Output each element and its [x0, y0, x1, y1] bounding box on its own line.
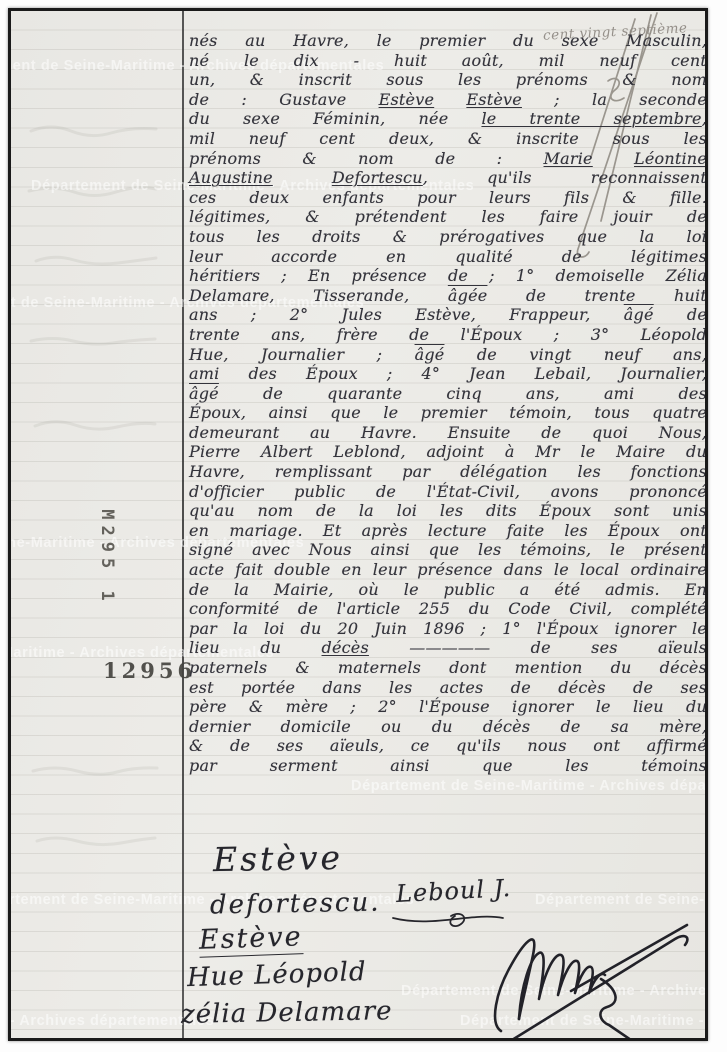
act-line: héritiers ; En présence de ; 1° demoisel…	[189, 266, 707, 286]
act-line: acte fait double en leur présence dans l…	[189, 560, 707, 580]
act-line: conformité de l'article 255 du Code Civi…	[189, 599, 707, 619]
act-line: né le dix - huit août, mil neuf cent	[189, 51, 707, 71]
signature-groom: Estève	[213, 838, 344, 879]
act-line: en mariage. Et après lecture faite les É…	[189, 521, 707, 541]
act-line: paternels & maternels dont mention du dé…	[189, 658, 707, 678]
signature-witness-delamare: zélia Delamare	[181, 996, 393, 1030]
signature-witness-leboul: Leboul J.	[395, 874, 511, 908]
act-line: d'officier public de l'État-Civil, avons…	[189, 482, 707, 502]
signature-bride: defortescu.	[210, 888, 381, 921]
margin-rule	[182, 11, 184, 1038]
archive-watermark: Département de Seine-Maritime - Archives…	[351, 778, 708, 794]
act-line: père & mère ; 2° l'Épouse ignorer le lie…	[189, 697, 707, 717]
act-line: lieu du décès ————— de ses aïeuls	[189, 638, 707, 658]
act-line: Pierre Albert Leblond, adjoint à Mr le M…	[189, 442, 707, 462]
act-line: dernier domicile ou du décès de sa mère,	[189, 717, 707, 737]
act-line: Delamare, Tisserande, âgée de trente hui…	[189, 286, 707, 306]
act-line: un, & inscrit sous les prénoms & nom	[189, 70, 707, 90]
act-line: du sexe Féminin, née le trente septembre…	[189, 109, 707, 129]
act-text: nés au Havre, le premier du sexe Masculi…	[189, 31, 707, 776]
act-line: par la loi du 20 Juin 1896 ; 1° l'Époux …	[189, 619, 707, 639]
act-line: nés au Havre, le premier du sexe Masculi…	[189, 31, 707, 51]
act-line: ces deux enfants pour leurs fils & fille…	[189, 188, 707, 208]
act-line: est portée dans les actes de décès de se…	[189, 678, 707, 698]
act-line: par serment ainsi que les témoins	[189, 756, 707, 776]
act-line: qu'au nom de la loi les dits Époux sont …	[189, 501, 707, 521]
act-line: prénoms & nom de : Marie Léontine	[189, 149, 707, 169]
archive-watermark: Département de Seine-Maritime - Archives…	[401, 983, 708, 999]
archive-box-stamp: M295 1	[91, 483, 117, 633]
act-line: ami des Époux ; 4° Jean Lebail, Journali…	[189, 364, 707, 384]
act-line: Havre, remplissant par délégation les fo…	[189, 462, 707, 482]
act-line: de : Gustave Estève Estève ; la seconde	[189, 90, 707, 110]
act-line: de la Mairie, où le public a été admis. …	[189, 580, 707, 600]
act-line: trente ans, frère de l'Époux ; 3° Léopol…	[189, 325, 707, 345]
archive-watermark: Département de Seine-Maritime - Archives…	[460, 1013, 708, 1029]
act-line: tous les droits & prérogatives que la lo…	[189, 227, 707, 247]
signature-witness-esteve: Estève	[198, 921, 303, 958]
scanned-document-screenshot: Département de Seine-Maritime - Archives…	[0, 0, 727, 1052]
act-line: & de ses aïeuls, ce qu'ils nous ont affi…	[189, 736, 707, 756]
act-line: signé avec Nous ainsi que les témoins, l…	[189, 540, 707, 560]
archive-watermark: Département de Seine-Maritime - Archives…	[535, 892, 708, 908]
act-line: Hue, Journalier ; âgé de vingt neuf ans,	[189, 345, 707, 365]
signature-witness-hue: Hue Léopold	[187, 957, 368, 993]
register-page: Département de Seine-Maritime - Archives…	[8, 8, 708, 1041]
act-line: mil neuf cent deux, & inscrite sous les	[189, 129, 707, 149]
act-line: Époux, ainsi que le premier témoin, tous…	[189, 403, 707, 423]
act-line: légitimes, & prétendent les faire jouir …	[189, 207, 707, 227]
act-line: âgé de quarante cinq ans, ami des	[189, 384, 707, 404]
act-line: ans ; 2° Jules Estève, Frappeur, âgé de	[189, 305, 707, 325]
act-line: demeurant au Havre. Ensuite de quoi Nous…	[189, 423, 707, 443]
archive-number-stamp: 12956	[103, 658, 196, 683]
act-line: Augustine Defortescu, qu'ils reconnaisse…	[189, 168, 707, 188]
act-line: leur accorde en qualité de légitimes	[189, 247, 707, 267]
